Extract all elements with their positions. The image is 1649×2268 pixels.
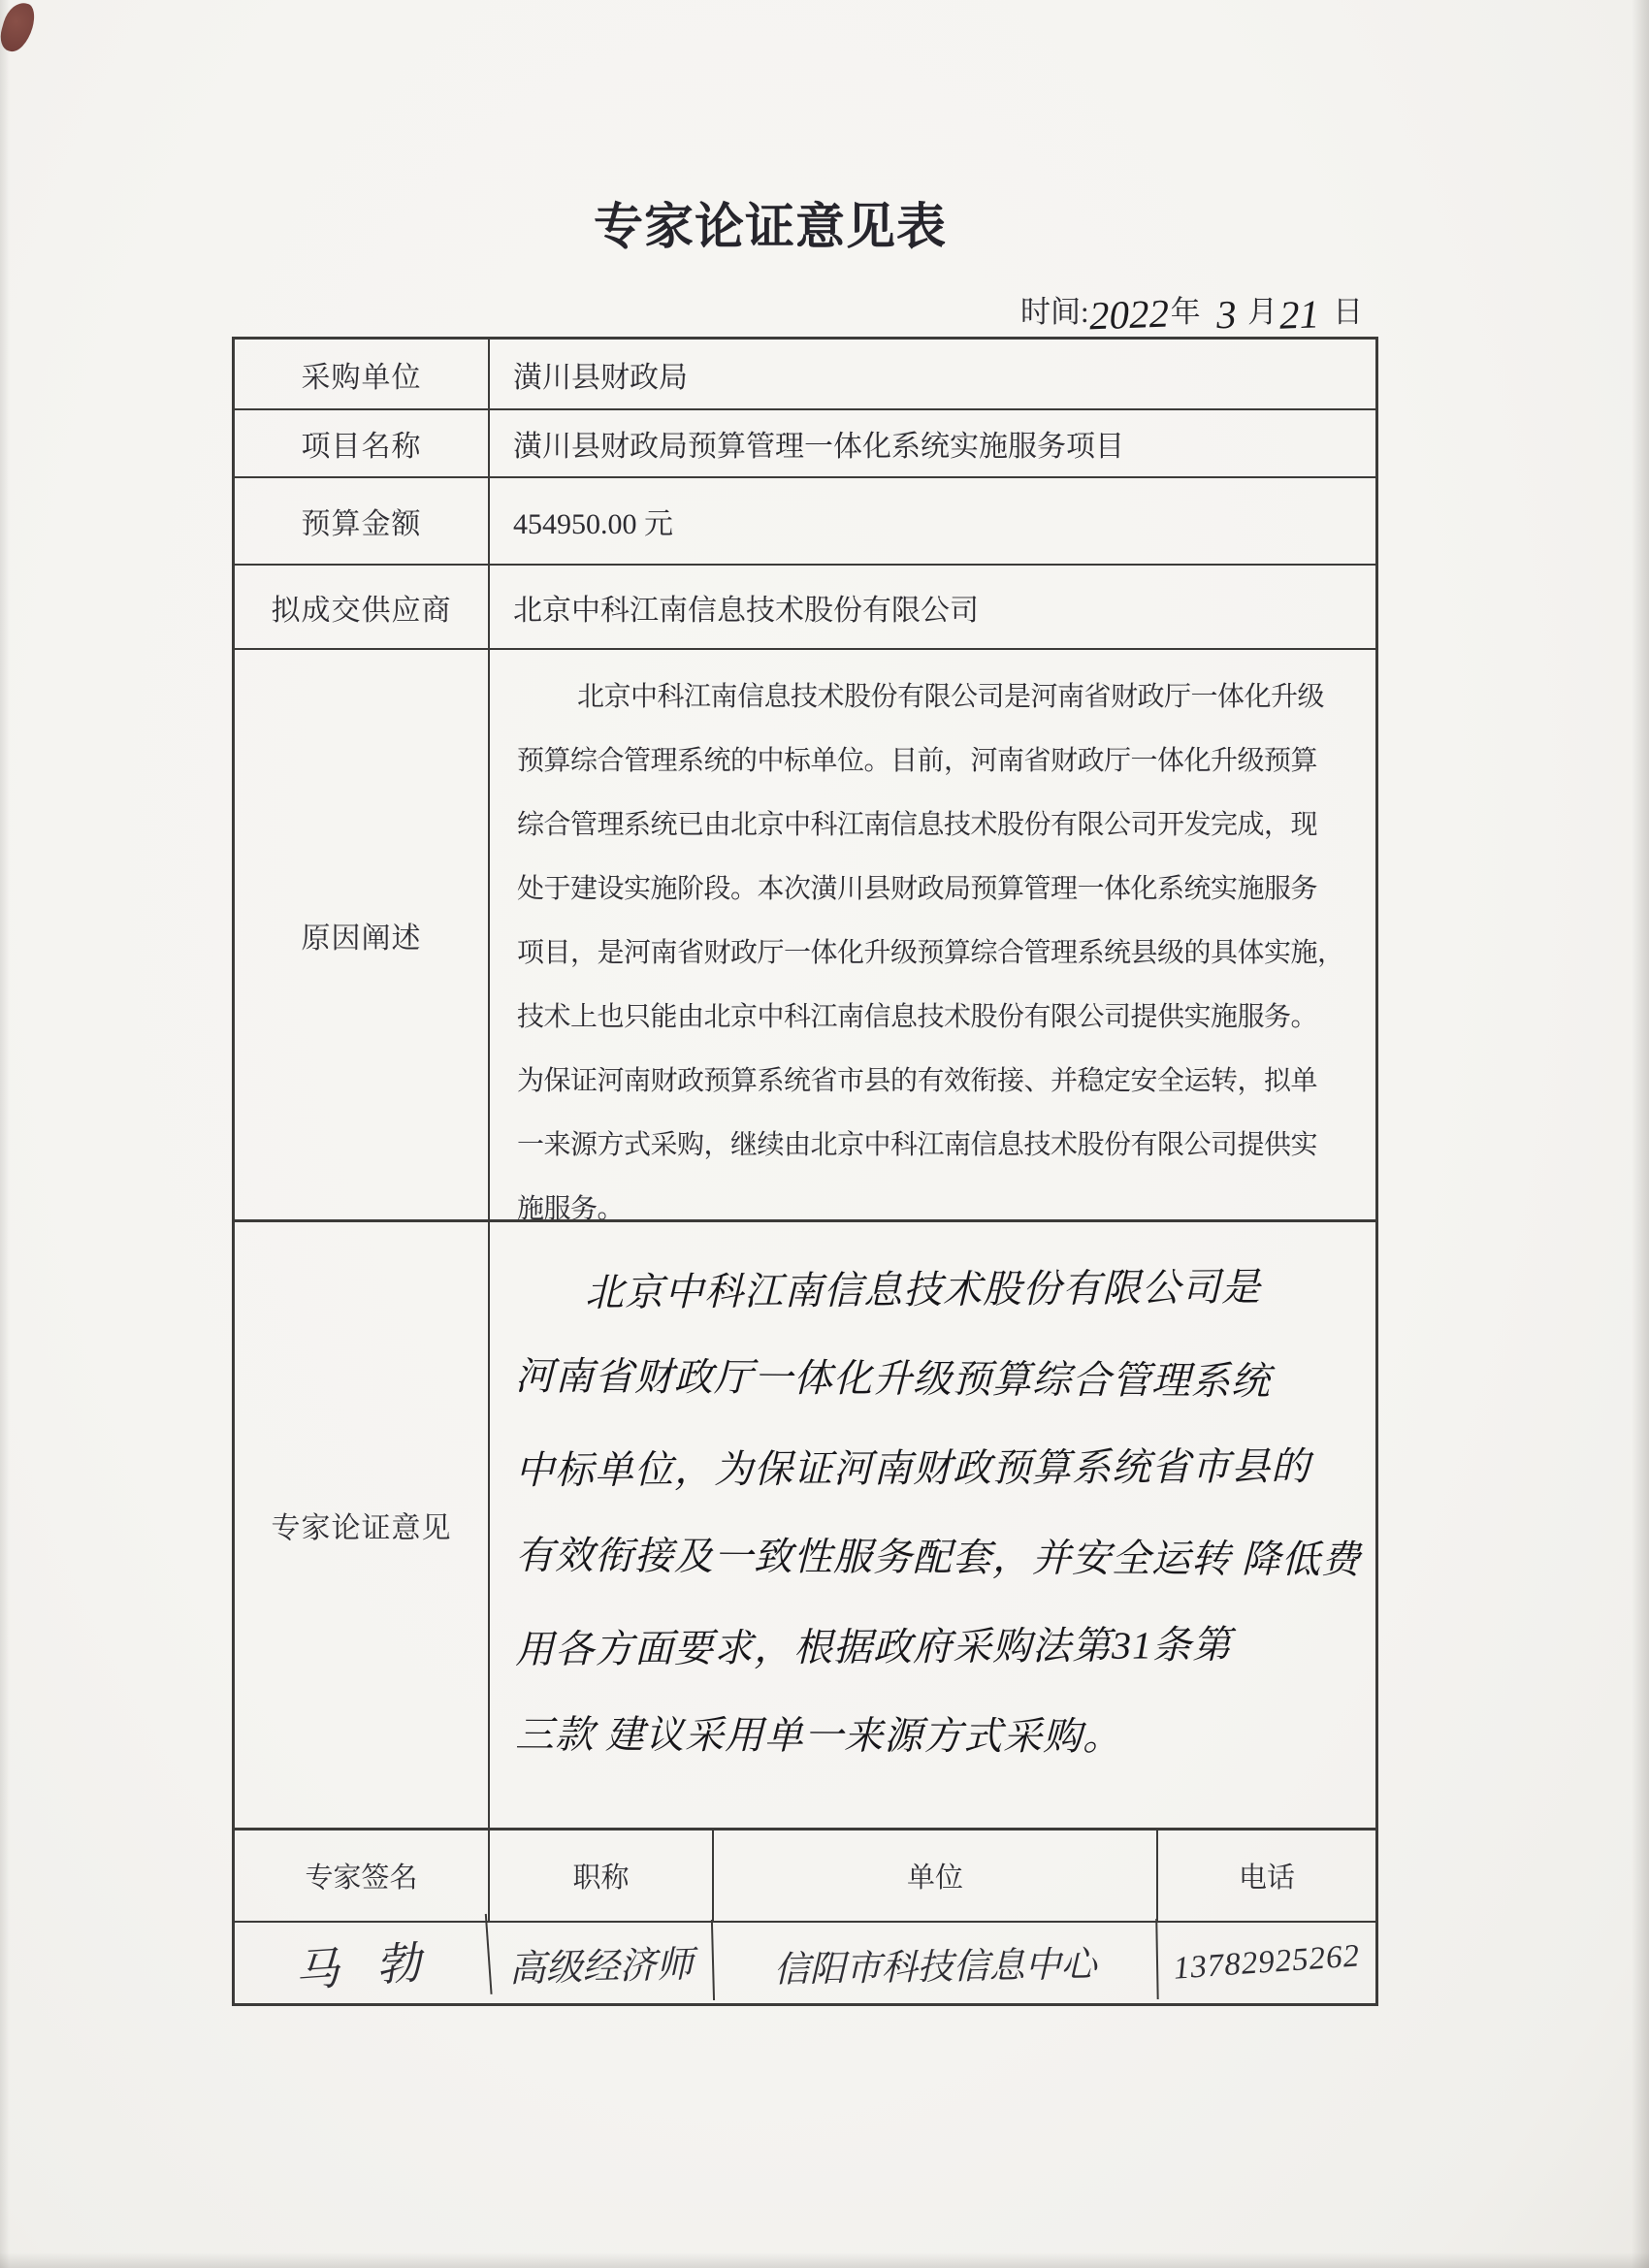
date-day-label: 日 [1333, 287, 1363, 335]
footer-header-job-title: 职称 [490, 1831, 714, 1921]
expert-opinion-handwriting: 北京中科江南信息技术股份有限公司是 河南省财政厅一体化升级预算综合管理系统 中标… [490, 1222, 1386, 1828]
reason-paragraph: 北京中科江南信息技术股份有限公司是河南省财政厅一体化升级 预算综合管理系统的中标… [490, 650, 1375, 1219]
opinion-row: 专家论证意见 北京中科江南信息技术股份有限公司是 河南省财政厅一体化升级预算综合… [235, 1222, 1375, 1831]
job-title-handwriting: 高级经济师 [489, 1920, 715, 2006]
reason-line: 为保证河南财政预算系统省市县的有效衔接、并稳定安全运转，拟单 [517, 1050, 1348, 1114]
scanned-document-page: 专家论证意见表 时间: 2022 年 3 月 21 日 采购单位 潢川县财政局 … [0, 0, 1649, 2268]
table-row: 拟成交供应商 北京中科江南信息技术股份有限公司 [235, 566, 1375, 650]
footer-header-phone: 电话 [1158, 1831, 1375, 1921]
date-prefix: 时间: [1020, 287, 1089, 335]
expert-signature-handwriting: 马勃 [232, 1914, 492, 2012]
date-year-label: 年 [1171, 287, 1201, 335]
opinion-line: 三款 建议采用单一来源方式采购。 [515, 1690, 1361, 1782]
table-row: 项目名称 潢川县财政局预算管理一体化系统实施服务项目 [235, 410, 1375, 478]
date-month-handwritten: 3 [1215, 295, 1237, 336]
unit-handwriting: 信阳市科技信息中心 [713, 1919, 1158, 2007]
footer-header-signature: 专家签名 [235, 1831, 490, 1921]
reason-line: 预算综合管理系统的中标单位。目前，河南省财政厅一体化升级预算 [517, 729, 1348, 794]
reason-line: 技术上也只能由北京中科江南信息技术股份有限公司提供实施服务。 [517, 986, 1348, 1050]
corner-stain [0, 0, 39, 55]
reason-line: 综合管理系统已由北京中科江南信息技术股份有限公司开发完成，现 [517, 794, 1348, 858]
date-year-handwritten: 2022 [1088, 294, 1169, 337]
phone-handwriting: 13782925262 [1155, 1915, 1377, 2010]
row-value-project-name: 潢川县财政局预算管理一体化系统实施服务项目 [490, 410, 1375, 476]
row-label-proposed-supplier: 拟成交供应商 [235, 566, 490, 648]
page-edge-shadow-left [0, 0, 10, 2268]
table-row: 预算金额 454950.00 元 [235, 478, 1375, 566]
row-value-budget-amount: 454950.00 元 [490, 478, 1375, 564]
opinion-line: 北京中科江南信息技术股份有限公司是 [515, 1242, 1362, 1339]
page-title: 专家论证意见表 [594, 186, 947, 258]
reason-line: 一来源方式采购，继续由北京中科江南信息技术股份有限公司提供实 [517, 1114, 1348, 1178]
footer-header-row: 专家签名 职称 单位 电话 [235, 1831, 1375, 1923]
row-label-project-name: 项目名称 [235, 410, 490, 476]
reason-row: 原因阐述 北京中科江南信息技术股份有限公司是河南省财政厅一体化升级 预算综合管理… [235, 650, 1375, 1222]
page-edge-shadow-bottom [0, 2252, 1649, 2268]
footer-header-unit: 单位 [714, 1831, 1158, 1921]
form-table: 采购单位 潢川县财政局 项目名称 潢川县财政局预算管理一体化系统实施服务项目 预… [232, 337, 1378, 2006]
reason-line: 北京中科江南信息技术股份有限公司是河南省财政厅一体化升级 [517, 665, 1348, 729]
footer-value-row: 马勃 高级经济师 信阳市科技信息中心 13782925262 [235, 1923, 1375, 2003]
date-month-label: 月 [1247, 287, 1277, 335]
page-edge-shadow-right [1632, 0, 1649, 2268]
reason-line: 处于建设实施阶段。本次潢川县财政局预算管理一体化系统实施服务 [517, 858, 1348, 922]
opinion-line: 中标单位，为保证河南财政预算系统省市县的 [515, 1422, 1361, 1516]
opinion-line: 用各方面要求，根据政府采购法第31条第 [515, 1600, 1362, 1695]
opinion-line: 有效衔接及一致性服务配套，并安全运转 降低费 [515, 1511, 1361, 1605]
row-value-purchasing-unit: 潢川县财政局 [490, 340, 1375, 408]
row-label-purchasing-unit: 采购单位 [235, 340, 490, 408]
row-value-proposed-supplier: 北京中科江南信息技术股份有限公司 [490, 566, 1375, 648]
row-label-reason: 原因阐述 [235, 650, 490, 1219]
date-day-handwritten: 21 [1278, 294, 1319, 335]
date-line: 时间: 2022 年 3 月 21 日 [1020, 284, 1373, 335]
row-label-expert-opinion: 专家论证意见 [235, 1222, 490, 1828]
opinion-line: 河南省财政厅一体化升级预算综合管理系统 [515, 1332, 1362, 1427]
reason-line: 项目，是河南省财政厅一体化升级预算综合管理系统县级的具体实施， [517, 922, 1348, 986]
table-row: 采购单位 潢川县财政局 [235, 340, 1375, 410]
row-label-budget-amount: 预算金额 [235, 478, 490, 564]
